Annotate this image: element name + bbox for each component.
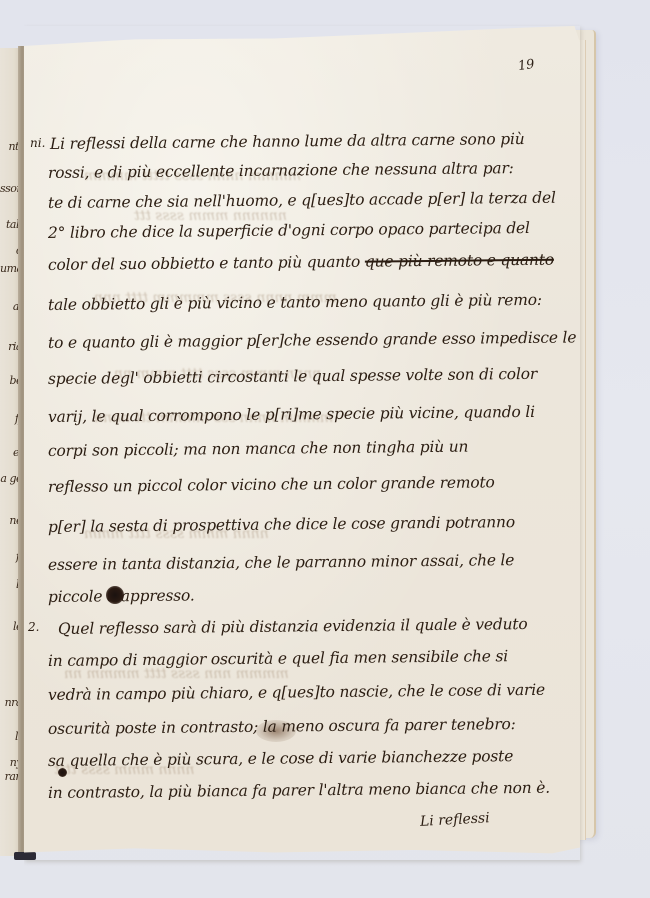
- left-margin-fragment: o: [0, 244, 20, 257]
- binding-tape: [14, 852, 36, 860]
- left-margin-fragment: lt: [0, 730, 20, 743]
- left-margin-fragment: e.: [0, 446, 20, 459]
- left-margin-fragment: f.: [0, 550, 20, 563]
- left-margin-fragment: le: [0, 620, 20, 633]
- left-margin-fragment: ny: [0, 756, 20, 769]
- left-margin-fragment: a ge: [0, 472, 20, 485]
- left-margin-fragment: l.: [0, 578, 20, 591]
- text-segment: color del suo obbietto e tanto più quant…: [48, 253, 360, 274]
- left-margin-fragment: nti: [0, 140, 20, 153]
- struck-text: que più remoto e quanto: [365, 251, 554, 271]
- ink-blot: [106, 586, 124, 604]
- left-margin-fragment: ria: [0, 340, 20, 353]
- left-margin-fragment: ne: [0, 514, 20, 527]
- left-margin-fragment: ran: [0, 770, 20, 783]
- ink-blot: [58, 768, 67, 777]
- margin-note: 2.: [28, 620, 39, 634]
- left-margin-fragment: uma: [0, 262, 20, 275]
- left-margin-fragment: ff: [0, 412, 20, 425]
- left-margin-fragment: tali: [0, 218, 20, 231]
- left-margin-fragment: be: [0, 374, 20, 387]
- left-page-edge: nti ssoni tali o uma al ria be ff e. a g…: [0, 48, 20, 856]
- left-margin-fragment: ssoni: [0, 182, 20, 195]
- margin-note: ni.: [30, 136, 45, 150]
- left-margin-fragment: nra: [0, 696, 20, 709]
- left-margin-fragment: al: [0, 300, 20, 313]
- folio-number: 19: [517, 57, 535, 74]
